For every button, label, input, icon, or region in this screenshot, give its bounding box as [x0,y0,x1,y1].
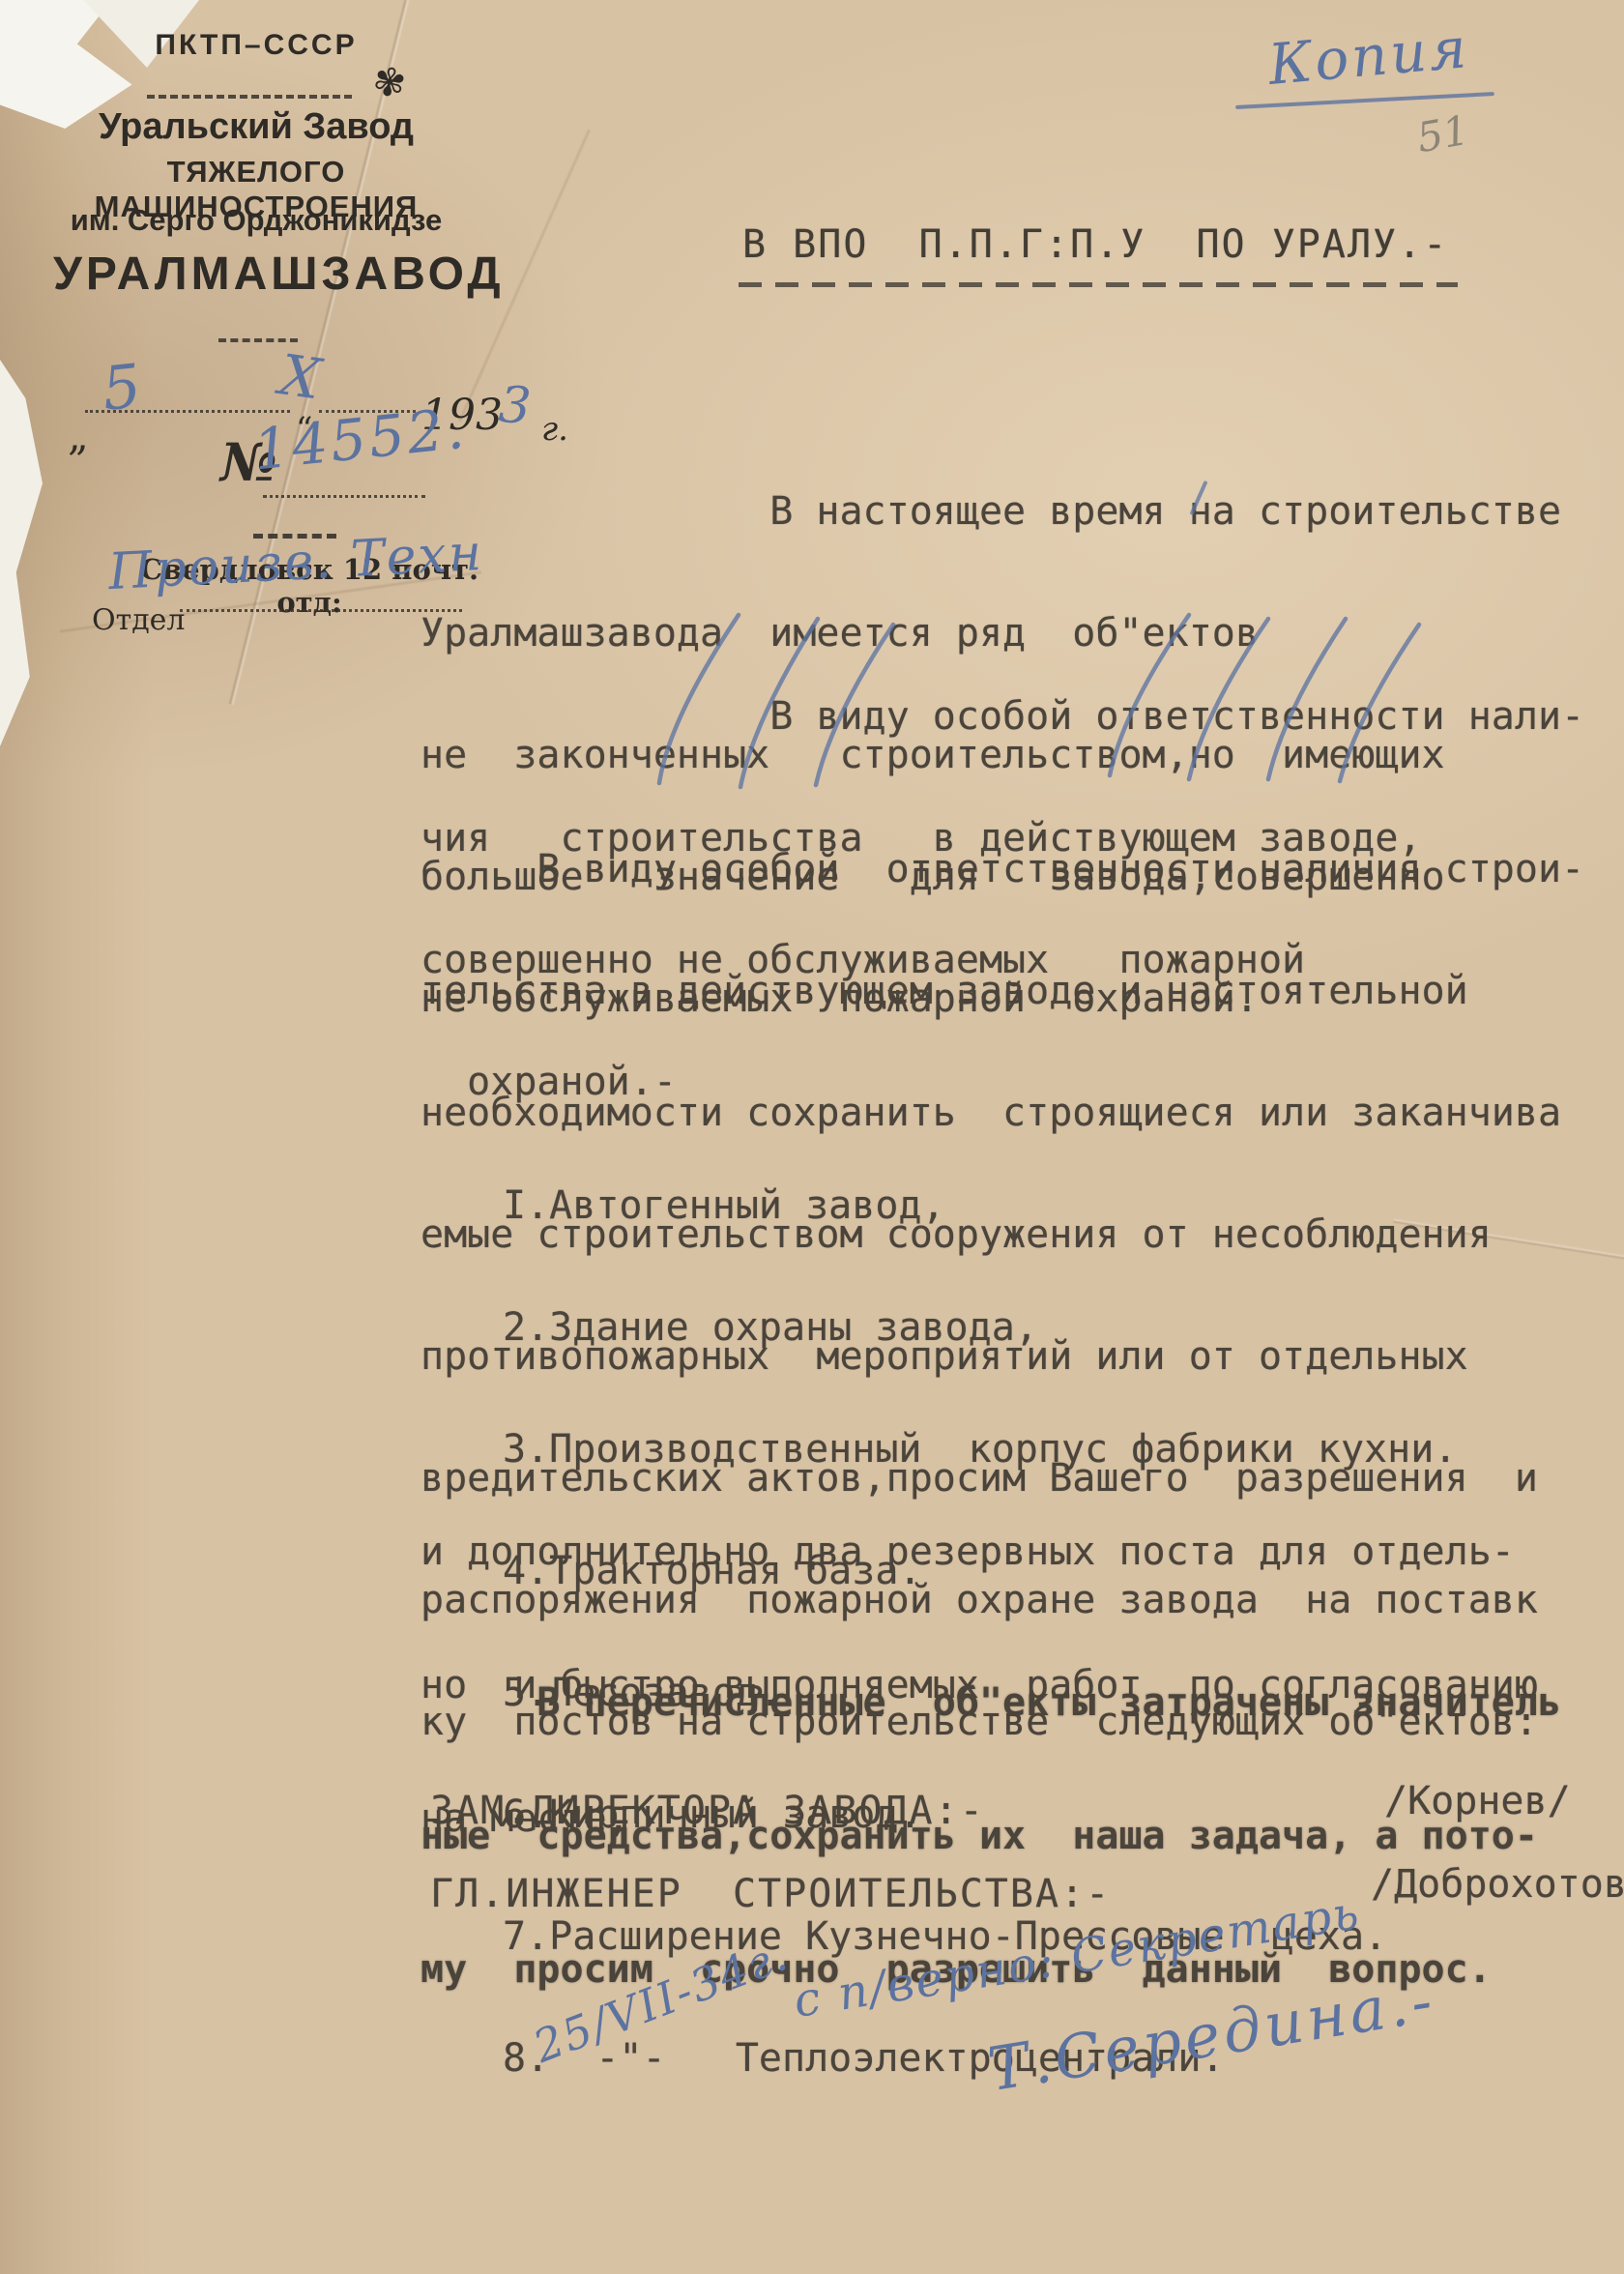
torn-left-edge [0,360,43,746]
page-number: 51 [1413,106,1472,162]
typed-line: и дополнительно два резервных поста для … [420,1530,1538,1574]
letterhead-org-top: ПКТП–СССР [92,29,420,62]
number-dotted-leader [263,495,425,498]
typed-line: В перечисленные об"екты затрачены значит… [420,1680,1561,1725]
list-item: I.Автогенный завод, [503,1185,1457,1226]
date-open-quote: „ [68,412,89,459]
typed-line: В виду особой ответственности нали- [420,696,1584,737]
typed-line: В виду особой ответственности наличия ст… [420,849,1584,889]
signature-title-chief-engineer: ГЛ.ИНЖЕНЕР СТРОИТЕЛЬСТВА:- [430,1872,1111,1916]
handwritten-day: 5 [99,350,144,424]
signature-name-dobrokhotov: /Доброхотов [1371,1862,1624,1907]
emblem-icon: ✾ [368,57,410,108]
recipient-underline [739,282,1458,287]
dept-label: Отдел [92,603,185,637]
handwritten-month: X [275,341,324,412]
letterhead-org-name: УРАЛМАШЗАВОД [53,248,459,301]
letterhead-line-3: им. Серго Орджоникидзе [53,203,459,238]
list-item: 2.Здание охраны завода, [503,1307,1457,1348]
letterhead-divider [147,95,352,99]
typed-line: В настоящее время на строительстве [420,491,1561,532]
typed-line: тельства в действующем заводе и настояте… [420,971,1584,1011]
recipient-heading: В ВПО П.П.Г:П.У ПО УРАЛУ.- [742,222,1448,267]
letterhead-line-1: Уральский Завод [53,106,459,148]
scanned-letter-page: ПКТП–СССР ✾ Уральский Завод ТЯЖЕЛОГО МАШ… [0,0,1624,2274]
signature-title-deputy-director: ЗАМ.ДИРЕКТОРА ЗАВОДА:- [430,1789,985,1833]
copy-note: Копия [1265,15,1471,98]
signature-name-kornev: /Корнев/ [1384,1779,1571,1823]
